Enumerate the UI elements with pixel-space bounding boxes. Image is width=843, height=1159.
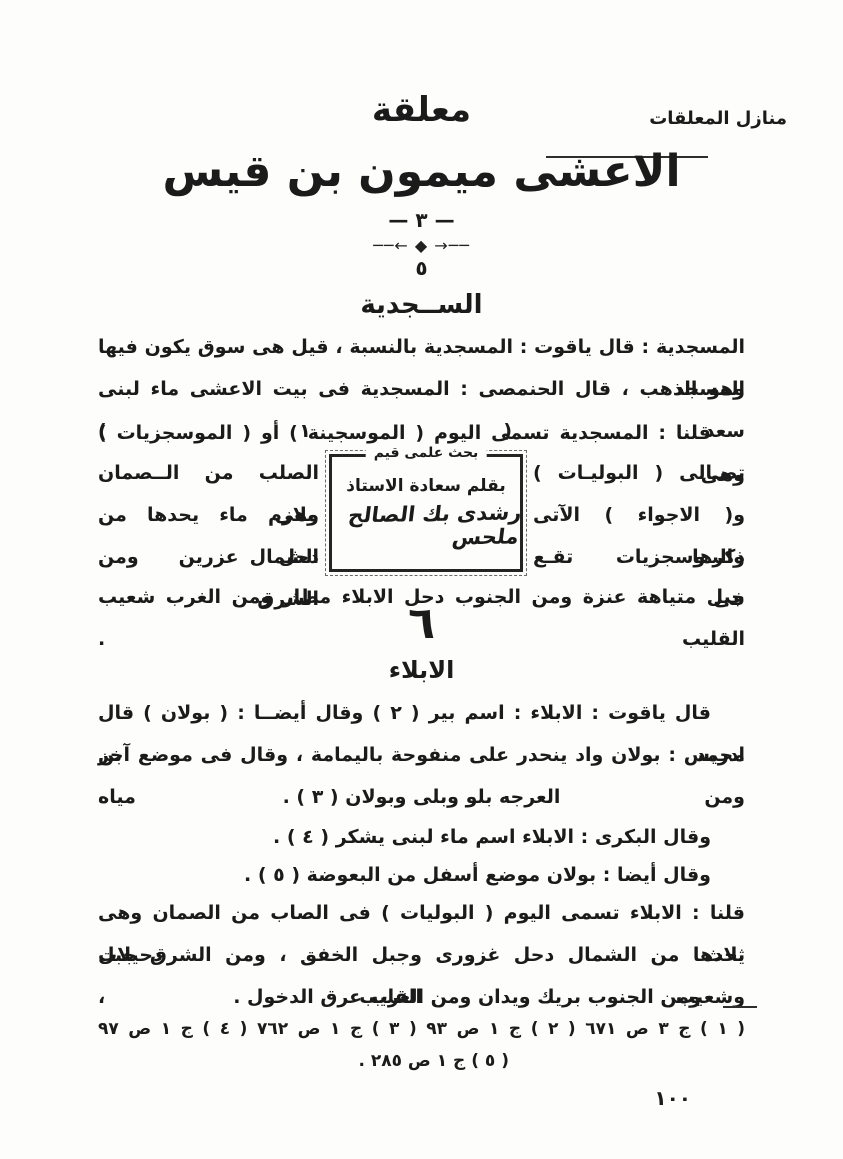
body-line: دحل عزرين ومن الشرق xyxy=(98,536,319,578)
footnote-line-1: ( ١ ) ج ٣ ص ٦٧١ ( ٢ ) ج ١ ص ٩٣ ( ٣ ) ج ١… xyxy=(98,1014,745,1044)
paragraph-masjidiyya-1: المسجدية : قال ياقوت : المسجدية بالنسبة … xyxy=(98,326,745,410)
section-number-6: ٦ xyxy=(0,598,843,649)
editorial-stamp-box: بحث علمى قيم بقلم سعادة الاستاذ رشدى بك … xyxy=(329,454,523,572)
ornament-divider: ──→ ◆ ←── xyxy=(0,236,843,255)
footnote-line-2: ( ٥ ) ج ١ ص ٢٨٥ . xyxy=(98,1046,745,1076)
body-line: وقال البكرى : الابلاء اسم ماء لبنى يشكر … xyxy=(98,816,745,858)
body-line: الصلب من الــصمان وهى xyxy=(98,452,319,494)
section-heading-iblaa: الابلاء xyxy=(0,656,843,684)
body-line: وهو الذهب ، قال الحنمصى : المسجدية فى بي… xyxy=(98,368,745,410)
body-line: و( الاجواء ) الآتى ذكرها xyxy=(533,494,745,536)
page-number: ١٠٠ xyxy=(654,1086,691,1110)
stamp-top-label: بحث علمى قيم xyxy=(366,445,487,461)
paragraph-iblaa-1: قال ياقوت : الابلاء : اسم بير ( ٢ ) وقال… xyxy=(98,692,745,818)
paragraph-iblaa-4: قلنا : الابلاء تسمى اليوم ( البوليات ) ف… xyxy=(98,892,745,1018)
muallaqa-kicker: معلقة xyxy=(0,90,843,130)
body-line: وقال أيضا : بولان موضع أسفل من البعوضة (… xyxy=(98,854,745,896)
body-line: ملازم ماء يحدها من الشمال xyxy=(98,494,319,536)
section-heading-masjidiyya: الســجدية xyxy=(0,290,843,320)
wrap-column-left: الصلب من الــصمان وهى ملازم ماء يحدها من… xyxy=(98,452,319,578)
page-title: الاعشى ميمون بن قيس xyxy=(0,146,843,197)
body-line: المسجدية : قال ياقوت : المسجدية بالنسبة … xyxy=(98,326,745,368)
wrap-row: تصـالى ( البوليـات ) و( الاجواء ) الآتى … xyxy=(98,452,745,578)
installment-number: — ٣ — xyxy=(0,208,843,232)
stamp-byline: بقلم سعادة الاستاذ xyxy=(346,476,505,496)
body-line: والبـوسجزيات تقـع فى xyxy=(533,536,745,578)
scanned-book-page: منازل المعلقات معلقة الاعشى ميمون بن قيس… xyxy=(0,0,843,1159)
body-line: تصـالى ( البوليـات ) xyxy=(533,452,745,494)
body-line: ادريس : بولان واد ينحدر على منفوحة باليم… xyxy=(98,734,745,776)
body-line: قلنا : الابلاء تسمى اليوم ( البوليات ) ف… xyxy=(98,892,745,934)
section-number-5: ٥ xyxy=(0,256,843,280)
paragraph-iblaa-3: وقال أيضا : بولان موضع أسفل من البعوضة (… xyxy=(98,854,745,896)
body-line: قال ياقوت : الابلاء : اسم بير ( ٢ ) وقال… xyxy=(98,692,745,734)
body-line: يحدها من الشمال دحل غزورى وجبل الخفق ، و… xyxy=(98,934,745,976)
stamp-signature: رشدى بك الصالح ملحس xyxy=(329,500,523,551)
paragraph-iblaa-2: وقال البكرى : الابلاء اسم ماء لبنى يشكر … xyxy=(98,816,745,858)
wrap-column-right: تصـالى ( البوليـات ) و( الاجواء ) الآتى … xyxy=(533,452,745,578)
footnote-separator xyxy=(723,1006,757,1008)
